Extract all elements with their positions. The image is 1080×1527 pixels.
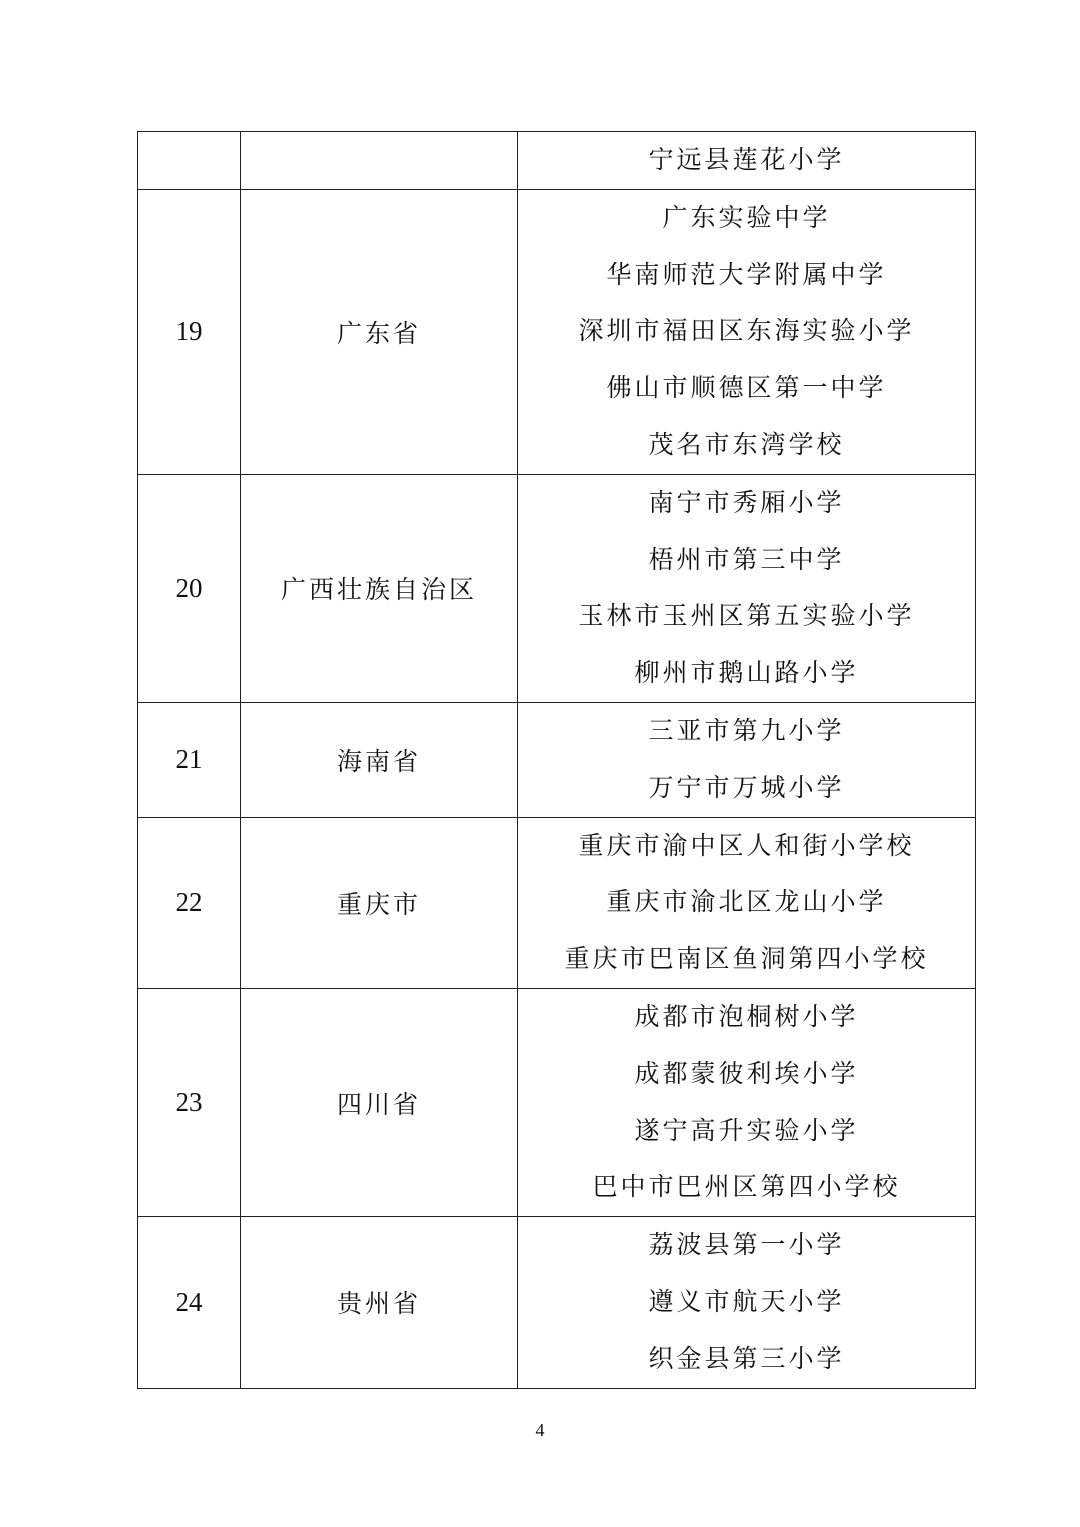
row-index: 20 — [138, 474, 241, 702]
province-cell: 广西壮族自治区 — [241, 474, 518, 702]
row-index: 24 — [138, 1217, 241, 1388]
school-name: 南宁市秀厢小学 — [518, 475, 975, 532]
school-name: 织金县第三小学 — [518, 1331, 975, 1388]
province-cell: 海南省 — [241, 702, 518, 817]
page-number: 4 — [0, 1420, 1080, 1441]
school-name: 荔波县第一小学 — [518, 1217, 975, 1274]
school-name: 茂名市东湾学校 — [518, 417, 975, 474]
school-name: 成都蒙彼利埃小学 — [518, 1046, 975, 1103]
school-name: 重庆市渝北区龙山小学 — [518, 874, 975, 931]
school-name: 三亚市第九小学 — [518, 703, 975, 760]
row-index: 23 — [138, 988, 241, 1216]
schools-cell: 荔波县第一小学 遵义市航天小学 织金县第三小学 — [518, 1217, 976, 1388]
school-name: 遂宁高升实验小学 — [518, 1103, 975, 1160]
school-name: 玉林市玉州区第五实验小学 — [518, 588, 975, 645]
school-name: 巴中市巴州区第四小学校 — [518, 1159, 975, 1216]
school-name: 广东实验中学 — [518, 190, 975, 247]
school-name: 遵义市航天小学 — [518, 1274, 975, 1331]
table-row: 22 重庆市 重庆市渝中区人和街小学校 重庆市渝北区龙山小学 重庆市巴南区鱼洞第… — [138, 817, 976, 988]
schools-cell: 三亚市第九小学 万宁市万城小学 — [518, 702, 976, 817]
document-page: 宁远县莲花小学 19 广东省 广东实验中学 华南师范大学附属中学 深圳市福田区东… — [0, 0, 1080, 1527]
schools-cell: 重庆市渝中区人和街小学校 重庆市渝北区龙山小学 重庆市巴南区鱼洞第四小学校 — [518, 817, 976, 988]
table-row: 23 四川省 成都市泡桐树小学 成都蒙彼利埃小学 遂宁高升实验小学 巴中市巴州区… — [138, 988, 976, 1216]
schools-cell: 宁远县莲花小学 — [518, 132, 976, 190]
schools-cell: 广东实验中学 华南师范大学附属中学 深圳市福田区东海实验小学 佛山市顺德区第一中… — [518, 189, 976, 474]
table-row: 21 海南省 三亚市第九小学 万宁市万城小学 — [138, 702, 976, 817]
school-name: 重庆市渝中区人和街小学校 — [518, 818, 975, 875]
table-row: 20 广西壮族自治区 南宁市秀厢小学 梧州市第三中学 玉林市玉州区第五实验小学 … — [138, 474, 976, 702]
school-name: 华南师范大学附属中学 — [518, 247, 975, 304]
table-row: 24 贵州省 荔波县第一小学 遵义市航天小学 织金县第三小学 — [138, 1217, 976, 1388]
school-name: 梧州市第三中学 — [518, 532, 975, 589]
school-name: 佛山市顺德区第一中学 — [518, 360, 975, 417]
school-name: 柳州市鹅山路小学 — [518, 645, 975, 702]
table-row: 宁远县莲花小学 — [138, 132, 976, 190]
school-name: 宁远县莲花小学 — [518, 132, 975, 189]
school-name: 重庆市巴南区鱼洞第四小学校 — [518, 931, 975, 988]
school-name: 深圳市福田区东海实验小学 — [518, 303, 975, 360]
province-cell: 贵州省 — [241, 1217, 518, 1388]
schools-cell: 成都市泡桐树小学 成都蒙彼利埃小学 遂宁高升实验小学 巴中市巴州区第四小学校 — [518, 988, 976, 1216]
school-name: 成都市泡桐树小学 — [518, 989, 975, 1046]
province-cell: 广东省 — [241, 189, 518, 474]
school-name: 万宁市万城小学 — [518, 760, 975, 817]
row-index: 19 — [138, 189, 241, 474]
province-cell — [241, 132, 518, 190]
row-index: 21 — [138, 702, 241, 817]
row-index — [138, 132, 241, 190]
province-cell: 重庆市 — [241, 817, 518, 988]
province-cell: 四川省 — [241, 988, 518, 1216]
schools-cell: 南宁市秀厢小学 梧州市第三中学 玉林市玉州区第五实验小学 柳州市鹅山路小学 — [518, 474, 976, 702]
row-index: 22 — [138, 817, 241, 988]
table-row: 19 广东省 广东实验中学 华南师范大学附属中学 深圳市福田区东海实验小学 佛山… — [138, 189, 976, 474]
school-list-table: 宁远县莲花小学 19 广东省 广东实验中学 华南师范大学附属中学 深圳市福田区东… — [137, 131, 976, 1389]
